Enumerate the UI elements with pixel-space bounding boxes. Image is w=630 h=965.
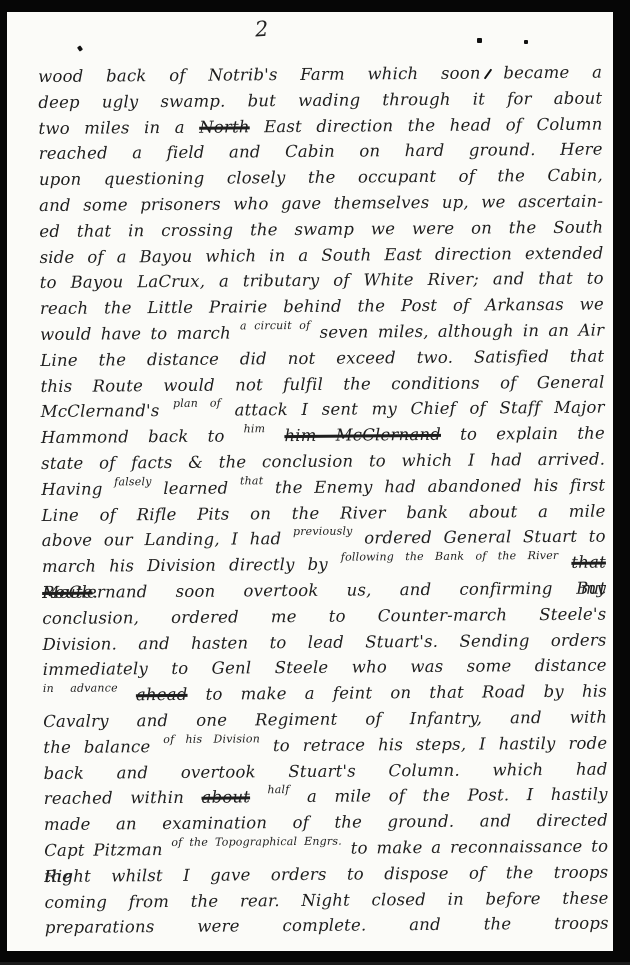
text-segment: McClernand soon overtook us, and confirm…	[42, 578, 606, 601]
text-segment: preparations were complete. and the troo…	[45, 914, 609, 937]
text-segment	[265, 426, 284, 445]
text-segment: to Bayou LaCrux, a tributary of White Ri…	[40, 269, 604, 292]
manuscript-line: Cavalry and one Regiment of Infantry, an…	[43, 704, 607, 734]
struck-out-text: North	[199, 117, 250, 136]
text-segment: to retrace his steps, I hastily rode	[260, 733, 607, 755]
text-segment: ed that in crossing the swamp we were on…	[39, 217, 603, 240]
inserted-text: following the Bank of the River	[341, 549, 559, 564]
manuscript-text: wood back of Notrib's Farm which soon be…	[38, 60, 609, 941]
scanned-manuscript-photo: 2 wood back of Notrib's Farm which soon …	[0, 0, 630, 965]
text-segment: conclusion, ordered me to Counter-march …	[42, 604, 606, 627]
text-segment: Hammond back to	[41, 427, 244, 448]
text-segment: upon questioning closely the occupant of…	[39, 166, 603, 189]
text-segment: Having	[41, 479, 114, 499]
text-segment	[118, 685, 136, 704]
text-segment: immediately to Genl Steele who was some …	[43, 656, 607, 679]
inserted-text: that	[240, 474, 263, 487]
text-segment: McClernand's	[41, 401, 173, 421]
page-number: 2	[254, 17, 270, 42]
text-segment: the balance	[43, 737, 163, 757]
text-segment: to make a feint on that Road by his	[187, 682, 607, 704]
text-segment: a mile of the Post. I hastily	[289, 785, 607, 806]
manuscript-line: ed that in crossing the swamp we were on…	[39, 214, 603, 244]
inserted-text: previously	[293, 525, 353, 538]
text-segment: Cavalry and one Regiment of Infantry, an…	[43, 707, 607, 730]
text-segment: this Route would not fulfil the conditio…	[40, 372, 604, 395]
text-segment: Division. and hasten to lead Stuart's. S…	[42, 630, 606, 653]
text-segment: attack I sent my Chief of Staff Major	[221, 398, 605, 420]
inserted-text: half	[267, 783, 289, 796]
paper: 2 wood back of Notrib's Farm which soon …	[7, 12, 613, 951]
struck-out-text: him McClernand	[284, 425, 441, 445]
text-segment: above our Landing, I had	[42, 529, 293, 550]
text-segment: East direction the head of Column	[250, 114, 603, 136]
inserted-text: of his Division	[163, 732, 260, 746]
text-segment: ordered General Stuart to	[353, 527, 606, 548]
text-segment	[558, 553, 571, 572]
text-segment: coming from the rear. Night closed in be…	[45, 888, 609, 911]
text-segment: reached within	[44, 788, 202, 808]
manuscript-line: the balance of his Division to retrace h…	[43, 730, 607, 760]
text-segment: and some prisoners who gave themselves u…	[39, 192, 603, 215]
manuscript-line: Line the distance did not exceed two. Sa…	[40, 343, 604, 373]
inserted-text: of the Topographical Engrs.	[171, 835, 342, 849]
text-segment: to explain the	[441, 424, 605, 444]
ink-speck	[77, 45, 83, 51]
text-segment: Right whilst I gave orders to dispose of…	[44, 862, 608, 885]
text-segment: Line of Rifle Pits on the River bank abo…	[41, 501, 605, 524]
text-segment: learned	[152, 478, 241, 498]
text-segment: the Enemy had abandoned his first	[263, 475, 605, 497]
text-segment: reach the Little Prairie behind the Post…	[40, 295, 604, 318]
manuscript-line: deep ugly swamp. but wading through it f…	[38, 85, 602, 115]
text-segment: state of facts & the conclusion to which…	[41, 450, 605, 473]
inserted-text: falsely	[114, 475, 152, 488]
text-segment: wood back of Notrib's Farm which soon be…	[38, 63, 602, 86]
inserted-text: in advance	[43, 682, 118, 696]
text-segment: Capt Pitzman	[44, 840, 171, 860]
text-segment	[250, 788, 268, 807]
manuscript-line: Capt Pitzman of the Topographical Engrs.…	[44, 833, 608, 863]
text-segment: reached a field and Cabin on hard ground…	[39, 140, 603, 163]
inserted-text: him	[244, 422, 266, 435]
text-segment: seven miles, although in an Air	[310, 321, 604, 342]
text-segment: deep ugly swamp. but wading through it f…	[38, 88, 602, 111]
ink-speck	[477, 38, 482, 43]
struck-out-text: about	[201, 788, 250, 807]
text-segment: back and overtook Stuart's Column. which…	[43, 759, 607, 782]
inserted-text: a circuit of	[240, 319, 310, 333]
text-segment: made an examination of the ground. and d…	[44, 811, 608, 834]
text-segment: side of a Bayou which in a South East di…	[39, 243, 603, 266]
manuscript-line: preparations were complete. and the troo…	[45, 911, 609, 941]
ink-speck	[524, 40, 528, 44]
text-segment: two miles in a	[38, 117, 199, 137]
text-segment: Line the distance did not exceed two. Sa…	[40, 346, 604, 369]
manuscript-line: McClernand soon overtook us, and confirm…	[42, 575, 606, 605]
text-segment: would have to march	[40, 323, 240, 344]
text-segment: march his Division directly by	[42, 555, 341, 576]
manuscript-line: Right whilst I gave orders to dispose of…	[44, 859, 608, 889]
struck-out-text: ahead	[136, 685, 188, 704]
manuscript-line: Having falsely learned that the Enemy ha…	[41, 472, 605, 502]
manuscript-line: conclusion, ordered me to Counter-march …	[42, 601, 606, 631]
inserted-text: plan of	[173, 397, 221, 410]
